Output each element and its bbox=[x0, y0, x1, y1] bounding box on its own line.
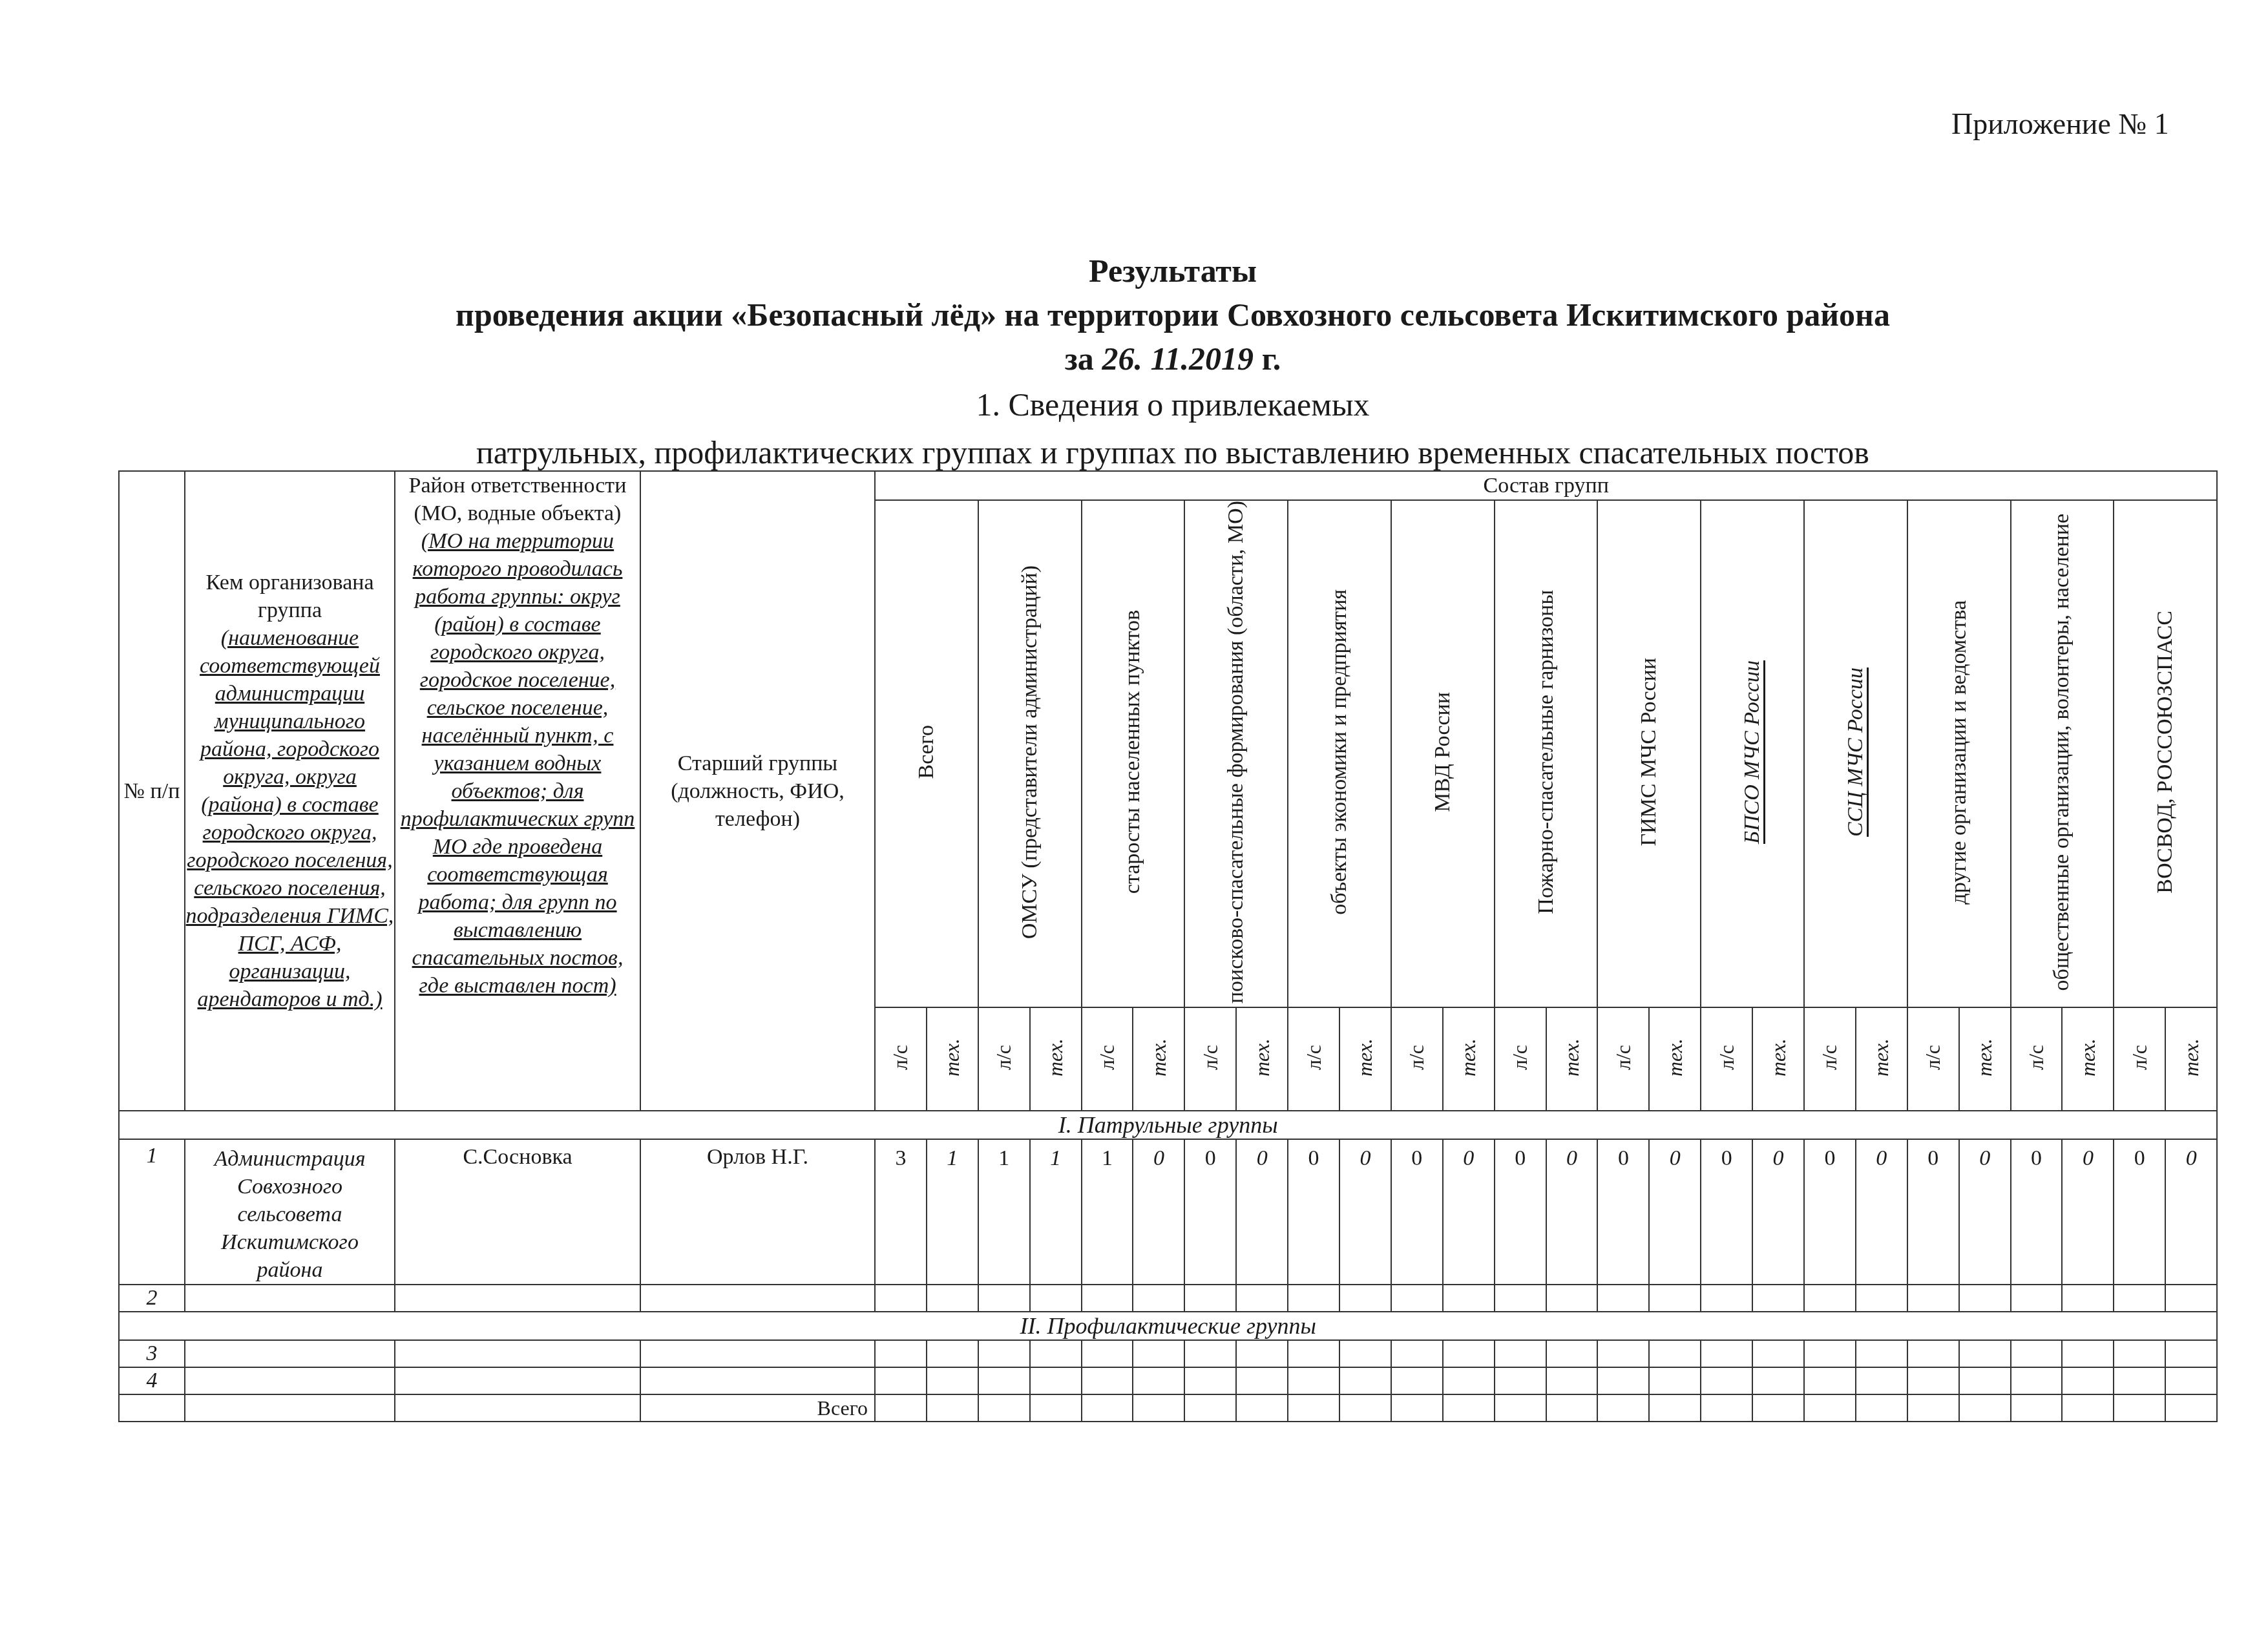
subheader-personnel: л/с bbox=[1907, 1007, 1959, 1111]
organizer-cell bbox=[185, 1285, 395, 1312]
equipment-count bbox=[1752, 1367, 1804, 1394]
personnel-count bbox=[2011, 1367, 2063, 1394]
equipment-count bbox=[927, 1285, 978, 1312]
personnel-count bbox=[2114, 1340, 2165, 1367]
section-title-row: I. Патрульные группы bbox=[119, 1111, 2217, 1139]
personnel-count bbox=[2114, 1285, 2165, 1312]
personnel-count bbox=[1082, 1285, 1133, 1312]
personnel-count bbox=[875, 1367, 927, 1394]
subheader-equipment: тех. bbox=[1856, 1007, 1907, 1111]
subheader-equipment: тех. bbox=[927, 1007, 978, 1111]
personnel-count bbox=[875, 1285, 927, 1312]
equipment-count bbox=[1959, 1285, 2011, 1312]
equipment-count: 0 bbox=[1856, 1139, 1907, 1285]
total-cell bbox=[927, 1394, 978, 1422]
equipment-count: 0 bbox=[1236, 1139, 1288, 1285]
total-cell bbox=[1649, 1394, 1701, 1422]
personnel-count bbox=[1288, 1285, 1339, 1312]
subheader-equipment: тех. bbox=[1133, 1007, 1184, 1111]
leader-cell: Орлов Н.Г. bbox=[640, 1139, 875, 1285]
group-header: ГИМС МЧС России bbox=[1597, 500, 1701, 1007]
group-header: другие организации и ведомства bbox=[1907, 500, 2011, 1007]
total-cell bbox=[875, 1394, 927, 1422]
equipment-count: 0 bbox=[1546, 1139, 1598, 1285]
equipment-count bbox=[1133, 1340, 1184, 1367]
equipment-count bbox=[1856, 1285, 1907, 1312]
equipment-count bbox=[927, 1367, 978, 1394]
personnel-count bbox=[1495, 1340, 1546, 1367]
equipment-count bbox=[1443, 1340, 1495, 1367]
equipment-count bbox=[2062, 1285, 2114, 1312]
personnel-count: 0 bbox=[2011, 1139, 2063, 1285]
total-cell bbox=[1184, 1394, 1236, 1422]
subheader-personnel: л/с bbox=[1701, 1007, 1752, 1111]
personnel-count: 0 bbox=[1288, 1139, 1339, 1285]
equipment-count bbox=[1339, 1340, 1391, 1367]
appendix-label: Приложение № 1 bbox=[1951, 107, 2169, 141]
report-date: 26. 11.2019 bbox=[1102, 341, 1254, 377]
equipment-count bbox=[1339, 1367, 1391, 1394]
subheader-personnel: л/с bbox=[1597, 1007, 1649, 1111]
personnel-count bbox=[1495, 1285, 1546, 1312]
personnel-count: 0 bbox=[1495, 1139, 1546, 1285]
equipment-count bbox=[1030, 1340, 1082, 1367]
total-cell bbox=[1959, 1394, 2011, 1422]
personnel-count bbox=[2011, 1340, 2063, 1367]
equipment-count: 1 bbox=[1030, 1139, 1082, 1285]
group-header: ССЦ МЧС России bbox=[1804, 500, 1907, 1007]
personnel-count bbox=[1907, 1285, 1959, 1312]
personnel-count bbox=[1495, 1367, 1546, 1394]
group-header: объекты экономики и предприятия bbox=[1288, 500, 1391, 1007]
personnel-count: 1 bbox=[978, 1139, 1030, 1285]
total-cell bbox=[1597, 1394, 1649, 1422]
personnel-count: 0 bbox=[1804, 1139, 1856, 1285]
organizer-cell bbox=[185, 1367, 395, 1394]
subheader-personnel: л/с bbox=[875, 1007, 927, 1111]
subheader-personnel: л/с bbox=[1495, 1007, 1546, 1111]
table-row: 3 bbox=[119, 1340, 2217, 1367]
total-cell bbox=[1907, 1394, 1959, 1422]
total-cell bbox=[1752, 1394, 1804, 1422]
total-cell bbox=[2011, 1394, 2063, 1422]
personnel-count bbox=[1701, 1340, 1752, 1367]
total-cell bbox=[1804, 1394, 1856, 1422]
personnel-count: 0 bbox=[1184, 1139, 1236, 1285]
row-number: 4 bbox=[119, 1367, 185, 1394]
equipment-count bbox=[1546, 1367, 1598, 1394]
header-num: № п/п bbox=[119, 471, 185, 1111]
title-date-line: за 26. 11.2019 г. bbox=[0, 337, 2268, 381]
subheader-personnel: л/с bbox=[1082, 1007, 1133, 1111]
total-cell bbox=[1288, 1394, 1339, 1422]
subheader-equipment: тех. bbox=[1752, 1007, 1804, 1111]
total-cell bbox=[395, 1394, 640, 1422]
subheader-personnel: л/с bbox=[2114, 1007, 2165, 1111]
total-cell bbox=[119, 1394, 185, 1422]
equipment-count: 0 bbox=[1133, 1139, 1184, 1285]
subheader-personnel: л/с bbox=[1804, 1007, 1856, 1111]
equipment-count: 0 bbox=[1752, 1139, 1804, 1285]
personnel-count bbox=[1701, 1285, 1752, 1312]
equipment-count: 0 bbox=[1339, 1139, 1391, 1285]
personnel-count bbox=[1288, 1340, 1339, 1367]
subheader-equipment: тех. bbox=[2165, 1007, 2217, 1111]
personnel-count bbox=[1804, 1285, 1856, 1312]
personnel-count: 0 bbox=[1701, 1139, 1752, 1285]
total-cell bbox=[1339, 1394, 1391, 1422]
personnel-count bbox=[1701, 1367, 1752, 1394]
total-cell bbox=[1443, 1394, 1495, 1422]
equipment-count: 0 bbox=[1959, 1139, 2011, 1285]
subheader-personnel: л/с bbox=[1391, 1007, 1443, 1111]
equipment-count bbox=[1236, 1285, 1288, 1312]
personnel-count bbox=[978, 1340, 1030, 1367]
personnel-count bbox=[978, 1285, 1030, 1312]
personnel-count bbox=[1597, 1285, 1649, 1312]
total-cell bbox=[978, 1394, 1030, 1422]
section-title: I. Патрульные группы bbox=[119, 1111, 2217, 1139]
personnel-count bbox=[875, 1340, 927, 1367]
table-header: № п/п Кем организована группа (наименова… bbox=[119, 471, 2217, 1111]
area-cell bbox=[395, 1340, 640, 1367]
total-cell bbox=[1082, 1394, 1133, 1422]
total-cell bbox=[2165, 1394, 2217, 1422]
header-organizer: Кем организована группа (наименование со… bbox=[185, 471, 395, 1111]
personnel-count bbox=[1184, 1340, 1236, 1367]
table-row: 2 bbox=[119, 1285, 2217, 1312]
equipment-count bbox=[2062, 1340, 2114, 1367]
personnel-count bbox=[2114, 1367, 2165, 1394]
personnel-count: 0 bbox=[2114, 1139, 2165, 1285]
table-row: 4 bbox=[119, 1367, 2217, 1394]
section-heading-2: патрульных, профилактических группах и г… bbox=[0, 428, 2268, 476]
equipment-count bbox=[1959, 1340, 2011, 1367]
subheader-equipment: тех. bbox=[1649, 1007, 1701, 1111]
organizer-cell bbox=[185, 1340, 395, 1367]
equipment-count bbox=[1443, 1367, 1495, 1394]
group-header: Пожарно-спасательные гарнизоны bbox=[1495, 500, 1598, 1007]
title-line-1: Результаты bbox=[0, 249, 2268, 293]
personnel-count bbox=[1391, 1340, 1443, 1367]
subheader-equipment: тех. bbox=[1030, 1007, 1082, 1111]
group-header: общественные организации, волонтеры, нас… bbox=[2011, 500, 2114, 1007]
equipment-count bbox=[927, 1340, 978, 1367]
personnel-count bbox=[1082, 1340, 1133, 1367]
equipment-count bbox=[1649, 1340, 1701, 1367]
equipment-count bbox=[1959, 1367, 2011, 1394]
group-header: ВОСВОД, РОССОЮЗСПАСС bbox=[2114, 500, 2217, 1007]
personnel-count: 0 bbox=[1597, 1139, 1649, 1285]
total-cell bbox=[2062, 1394, 2114, 1422]
equipment-count bbox=[1856, 1367, 1907, 1394]
equipment-count bbox=[2062, 1367, 2114, 1394]
equipment-count: 0 bbox=[2062, 1139, 2114, 1285]
equipment-count bbox=[1856, 1340, 1907, 1367]
section-title-row: II. Профилактические группы bbox=[119, 1312, 2217, 1340]
personnel-count: 0 bbox=[1391, 1139, 1443, 1285]
group-header: МВД России bbox=[1391, 500, 1495, 1007]
personnel-count bbox=[1597, 1340, 1649, 1367]
equipment-count bbox=[1133, 1367, 1184, 1394]
equipment-count: 1 bbox=[927, 1139, 978, 1285]
personnel-count: 3 bbox=[875, 1139, 927, 1285]
leader-cell bbox=[640, 1285, 875, 1312]
personnel-count bbox=[1184, 1367, 1236, 1394]
personnel-count bbox=[1907, 1367, 1959, 1394]
header-area: Район ответственности (МО, водные объект… bbox=[395, 471, 640, 1111]
subheader-personnel: л/с bbox=[1184, 1007, 1236, 1111]
total-cell bbox=[1701, 1394, 1752, 1422]
document-title: Результаты проведения акции «Безопасный … bbox=[0, 249, 2268, 476]
row-number: 3 bbox=[119, 1340, 185, 1367]
total-cell bbox=[185, 1394, 395, 1422]
equipment-count: 0 bbox=[1443, 1139, 1495, 1285]
subheader-equipment: тех. bbox=[1236, 1007, 1288, 1111]
equipment-count bbox=[2165, 1285, 2217, 1312]
personnel-count bbox=[1597, 1367, 1649, 1394]
personnel-count bbox=[2011, 1285, 2063, 1312]
subheader-equipment: тех. bbox=[1546, 1007, 1598, 1111]
section-title: II. Профилактические группы bbox=[119, 1312, 2217, 1340]
personnel-count bbox=[1391, 1285, 1443, 1312]
equipment-count bbox=[1030, 1285, 1082, 1312]
equipment-count: 0 bbox=[2165, 1139, 2217, 1285]
subheader-personnel: л/с bbox=[1288, 1007, 1339, 1111]
equipment-count bbox=[1649, 1367, 1701, 1394]
total-row: Всего bbox=[119, 1394, 2217, 1422]
leader-cell bbox=[640, 1340, 875, 1367]
equipment-count bbox=[1236, 1340, 1288, 1367]
total-label: Всего bbox=[640, 1394, 875, 1422]
total-cell bbox=[1495, 1394, 1546, 1422]
personnel-count bbox=[1184, 1285, 1236, 1312]
equipment-count bbox=[1649, 1285, 1701, 1312]
equipment-count bbox=[1546, 1340, 1598, 1367]
equipment-count bbox=[2165, 1367, 2217, 1394]
header-leader: Старший группы (должность, ФИО, телефон) bbox=[640, 471, 875, 1111]
area-cell bbox=[395, 1367, 640, 1394]
total-cell bbox=[1856, 1394, 1907, 1422]
group-header: поисково-спасательные формирования (обла… bbox=[1184, 500, 1288, 1007]
personnel-count bbox=[978, 1367, 1030, 1394]
title-line-2: проведения акции «Безопасный лёд» на тер… bbox=[0, 293, 2268, 337]
section-heading-1: 1. Сведения о привлекаемых bbox=[0, 381, 2268, 428]
equipment-count bbox=[1030, 1367, 1082, 1394]
group-header: БПСО МЧС России bbox=[1701, 500, 1804, 1007]
total-cell bbox=[1030, 1394, 1082, 1422]
groups-table: № п/п Кем организована группа (наименова… bbox=[118, 470, 2218, 1422]
subheader-equipment: тех. bbox=[1959, 1007, 2011, 1111]
subheader-equipment: тех. bbox=[1443, 1007, 1495, 1111]
total-cell bbox=[1546, 1394, 1598, 1422]
personnel-count bbox=[1391, 1367, 1443, 1394]
table-row: 1Администрация Совхозного сельсовета Иск… bbox=[119, 1139, 2217, 1285]
equipment-count bbox=[1546, 1285, 1598, 1312]
personnel-count bbox=[1082, 1367, 1133, 1394]
row-number: 1 bbox=[119, 1139, 185, 1285]
area-cell: С.Сосновка bbox=[395, 1139, 640, 1285]
organizer-cell: Администрация Совхозного сельсовета Иски… bbox=[185, 1139, 395, 1285]
subheader-personnel: л/с bbox=[2011, 1007, 2063, 1111]
personnel-count: 1 bbox=[1082, 1139, 1133, 1285]
table-body: I. Патрульные группы1Администрация Совхо… bbox=[119, 1111, 2217, 1422]
leader-cell bbox=[640, 1367, 875, 1394]
area-cell bbox=[395, 1285, 640, 1312]
personnel-count: 0 bbox=[1907, 1139, 1959, 1285]
header-composition: Состав групп bbox=[875, 471, 2217, 500]
equipment-count bbox=[2165, 1340, 2217, 1367]
subheader-personnel: л/с bbox=[978, 1007, 1030, 1111]
total-cell bbox=[2114, 1394, 2165, 1422]
subheader-equipment: тех. bbox=[1339, 1007, 1391, 1111]
equipment-count bbox=[1339, 1285, 1391, 1312]
personnel-count bbox=[1804, 1340, 1856, 1367]
equipment-count bbox=[1443, 1285, 1495, 1312]
equipment-count bbox=[1236, 1367, 1288, 1394]
equipment-count bbox=[1752, 1340, 1804, 1367]
equipment-count bbox=[1752, 1285, 1804, 1312]
group-header: ОМСУ (представители администраций) bbox=[978, 500, 1082, 1007]
personnel-count bbox=[1907, 1340, 1959, 1367]
personnel-count bbox=[1288, 1367, 1339, 1394]
group-header: Всего bbox=[875, 500, 978, 1007]
group-header: старосты населенных пунктов bbox=[1082, 500, 1185, 1007]
total-cell bbox=[1236, 1394, 1288, 1422]
equipment-count bbox=[1133, 1285, 1184, 1312]
equipment-count: 0 bbox=[1649, 1139, 1701, 1285]
row-number: 2 bbox=[119, 1285, 185, 1312]
personnel-count bbox=[1804, 1367, 1856, 1394]
subheader-equipment: тех. bbox=[2062, 1007, 2114, 1111]
total-cell bbox=[1391, 1394, 1443, 1422]
total-cell bbox=[1133, 1394, 1184, 1422]
